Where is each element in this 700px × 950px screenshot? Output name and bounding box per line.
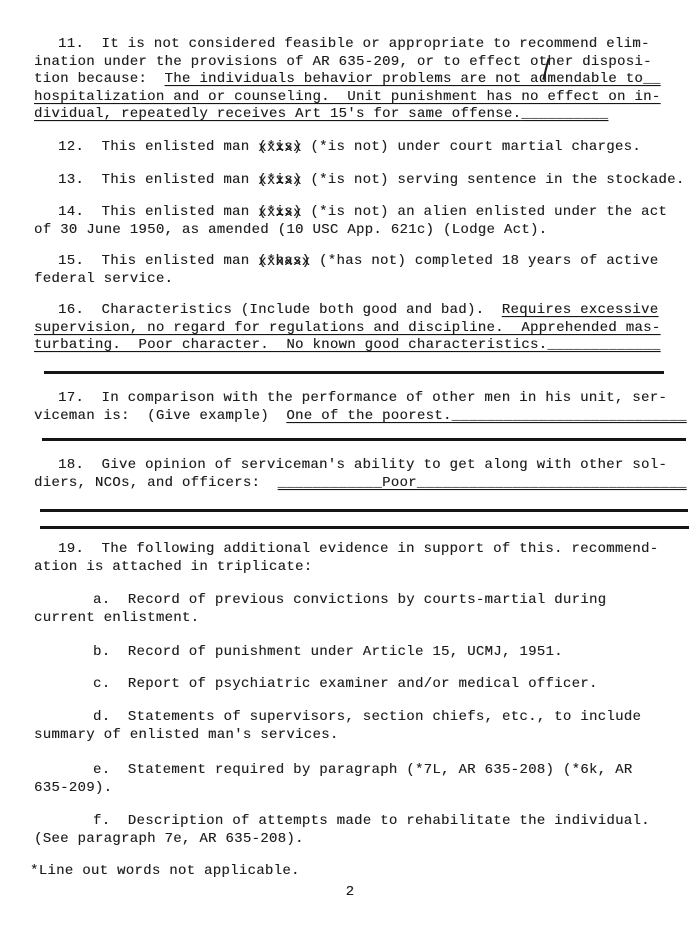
paragraph-text: (*has not) completed 18 years of active [310,253,658,269]
item-19e-line-1: e. Statement required by paragraph (*7L,… [34,762,632,780]
struck-out-text: (*is)xxxxx [258,139,302,157]
paragraph-text: ation is attached in triplicate: [34,559,312,575]
footnote-text: *Line out words not applicable. [30,863,300,879]
paragraph-text: c. Report of psychiatric examiner and/or… [93,676,598,692]
item-16-paragraph: 16. Characteristics (Include both good a… [34,302,661,355]
item-17-line-2: viceman is: (Give example) One of the po… [34,408,687,426]
page-number-text: 2 [346,884,355,900]
item-19d-paragraph: d. Statements of supervisors, section ch… [34,709,641,744]
item-16-line-1: 16. Characteristics (Include both good a… [34,302,661,320]
field-label: 16. Characteristics (Include both good a… [58,302,502,318]
item-19b-paragraph: b. Record of punishment under Article 15… [34,644,563,662]
paragraph-text: (See paragraph 7e, AR 635-208). [34,831,304,847]
item-19e-paragraph: e. Statement required by paragraph (*7L,… [34,762,632,797]
paragraph-text: (*is not) an alien enlisted under the ac… [302,204,667,220]
item-19-line-2: ation is attached in triplicate: [34,559,658,577]
blank-underline: ____________ [278,475,382,491]
item-19-paragraph: 19. The following additional evidence in… [34,541,658,576]
item-19f-paragraph: f. Description of attempts made to rehab… [34,813,650,848]
item-15-line-1: 15. This enlisted man (*has)xxxxxx (*has… [34,253,658,271]
item-14-line-2: of 30 June 1950, as amended (10 USC App.… [34,222,667,240]
paragraph-text: a. Record of previous convictions by cou… [93,592,606,608]
section-divider [42,438,686,441]
item-11-line-5: dividual, repeatedly receives Art 15's f… [34,106,661,124]
item-19d-line-1: d. Statements of supervisors, section ch… [34,709,641,727]
field-label: tion because: [34,71,165,87]
item-19-line-1: 19. The following additional evidence in… [34,541,658,559]
typewriter-x-overlay: xxxxx [258,140,302,158]
struck-out-text: (*is)xxxxx [258,204,302,222]
fill-in-response: turbating. Poor character. No known good… [34,337,547,353]
fill-in-response: Poor [382,475,417,491]
paragraph-text: ination under the provisions of AR 635-2… [34,54,652,70]
item-15-paragraph: 15. This enlisted man (*has)xxxxxx (*has… [34,253,658,288]
paragraph-text: of 30 June 1950, as amended (10 USC App.… [34,222,547,238]
paragraph-text: 19. The following additional evidence in… [58,541,658,557]
item-18-line-1: 18. Give opinion of serviceman's ability… [34,457,687,475]
item-19b-line-1: b. Record of punishment under Article 15… [34,644,563,662]
item-11-line-4: hospitalization and or counseling. Unit … [34,89,661,107]
item-14-line-1: 14. This enlisted man (*is)xxxxx (*is no… [34,204,667,222]
item-11-line-2: ination under the provisions of AR 635-2… [34,54,661,72]
item-19c-line-1: c. Report of psychiatric examiner and/or… [34,676,598,694]
item-11-line-3: tion because: The individuals behavior p… [34,71,661,89]
item-17-line-1: 17. In comparison with the performance o… [34,390,687,408]
fill-in-response: The individuals behavior problems are no… [165,71,644,87]
field-label: diers, NCOs, and officers: [34,475,278,491]
fill-in-response: hospitalization and or counseling. Unit … [34,89,661,105]
struck-out-text: (*is)xxxxx [258,172,302,190]
paragraph-text: summary of enlisted man's services. [34,727,339,743]
section-divider [40,526,689,529]
footnote: *Line out words not applicable. [30,863,300,881]
fill-in-response: dividual, repeatedly receives Art 15's f… [34,106,521,122]
blank-underline: ___________________________ [452,408,687,424]
document-page: 11. It is not considered feasible or app… [0,0,700,950]
paragraph-text: current enlistment. [34,610,199,626]
paragraph-text: d. Statements of supervisors, section ch… [93,709,641,725]
fill-in-response: Requires excessive [502,302,659,318]
item-17-paragraph: 17. In comparison with the performance o… [34,390,687,425]
paragraph-text: 15. This enlisted man [58,253,258,269]
item-19d-line-2: summary of enlisted man's services. [34,727,641,745]
item-19e-line-2: 635-209). [34,780,632,798]
blank-underline: _______________________________ [417,475,687,491]
paragraph-text: federal service. [34,271,173,287]
blank-underline: __ [643,71,660,87]
item-19c-paragraph: c. Report of psychiatric examiner and/or… [34,676,598,694]
item-11-line-1: 11. It is not considered feasible or app… [34,36,661,54]
paragraph-text: 17. In comparison with the performance o… [58,390,667,406]
item-19f-line-2: (See paragraph 7e, AR 635-208). [34,831,650,849]
paragraph-text: (*is not) under court martial charges. [302,139,641,155]
paragraph-text: 18. Give opinion of serviceman's ability… [58,457,667,473]
item-16-line-2: supervision, no regard for regulations a… [34,320,661,338]
item-18-paragraph: 18. Give opinion of serviceman's ability… [34,457,687,492]
paragraph-text: 635-209). [34,780,112,796]
fill-in-response: supervision, no regard for regulations a… [34,320,661,336]
paragraph-text: e. Statement required by paragraph (*7L,… [93,762,632,778]
item-13-paragraph: 13. This enlisted man (*is)xxxxx (*is no… [34,172,685,190]
footnote-line: *Line out words not applicable. [30,863,300,881]
page-number: 2 [0,884,700,900]
paragraph-text: 11. It is not considered feasible or app… [58,36,650,52]
typewriter-x-overlay: xxxxxx [258,254,310,272]
item-12-line-1: 12. This enlisted man (*is)xxxxx (*is no… [34,139,641,157]
item-14-paragraph: 14. This enlisted man (*is)xxxxx (*is no… [34,204,667,239]
paragraph-text: 14. This enlisted man [58,204,258,220]
item-19a-line-2: current enlistment. [34,610,606,628]
item-13-line-1: 13. This enlisted man (*is)xxxxx (*is no… [34,172,685,190]
item-19f-line-1: f. Description of attempts made to rehab… [34,813,650,831]
section-divider [40,509,688,512]
typewriter-x-overlay: xxxxx [258,173,302,191]
field-label: viceman is: (Give example) [34,408,286,424]
paragraph-text: b. Record of punishment under Article 15… [93,644,563,660]
typewriter-x-overlay: xxxxx [258,205,302,223]
item-11-paragraph: 11. It is not considered feasible or app… [34,36,661,124]
blank-underline: _____________ [547,337,660,353]
paragraph-text: (*is not) serving sentence in the stocka… [302,172,685,188]
paragraph-text: 13. This enlisted man [58,172,258,188]
item-12-paragraph: 12. This enlisted man (*is)xxxxx (*is no… [34,139,641,157]
item-18-line-2: diers, NCOs, and officers: ____________P… [34,475,687,493]
item-16-line-3: turbating. Poor character. No known good… [34,337,661,355]
item-19a-line-1: a. Record of previous convictions by cou… [34,592,606,610]
struck-out-text: (*has)xxxxxx [258,253,310,271]
section-divider [44,371,664,374]
item-19a-paragraph: a. Record of previous convictions by cou… [34,592,606,627]
paragraph-text: 12. This enlisted man [58,139,258,155]
fill-in-response: One of the poorest. [286,408,451,424]
paragraph-text: f. Description of attempts made to rehab… [93,813,650,829]
item-15-line-2: federal service. [34,271,658,289]
blank-underline: __________ [521,106,608,122]
